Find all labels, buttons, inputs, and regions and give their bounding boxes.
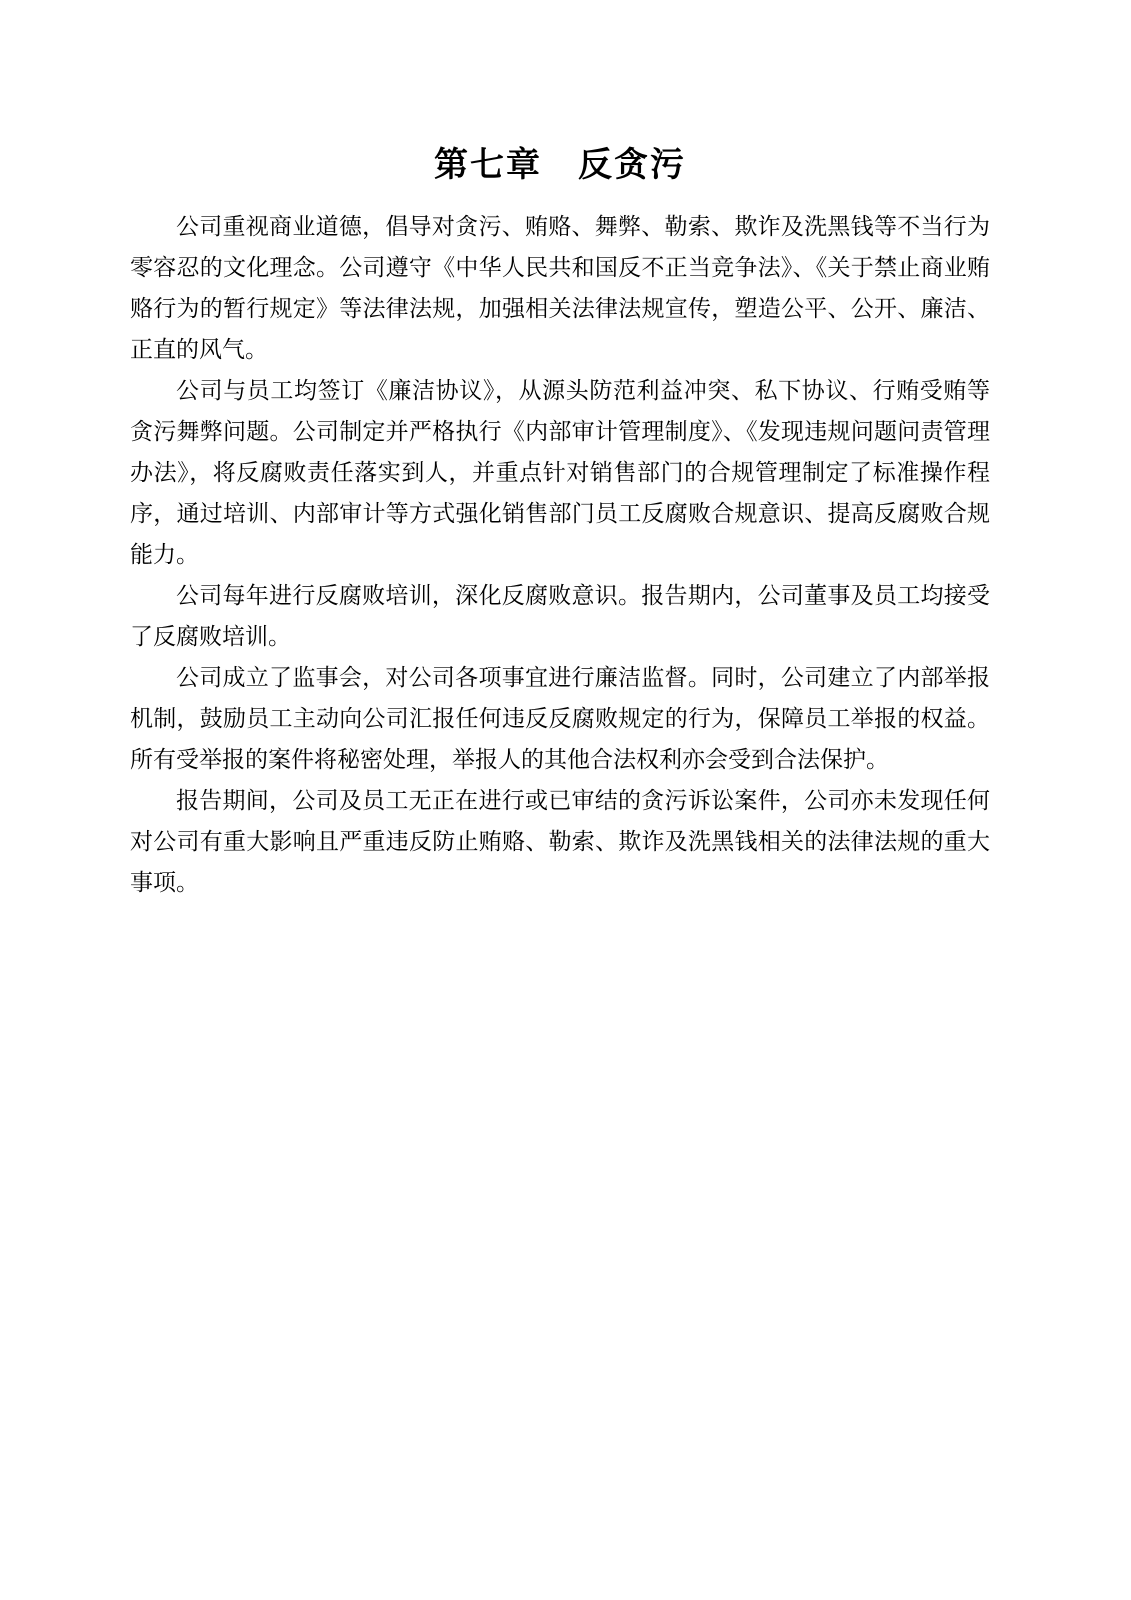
paragraph: 公司每年进行反腐败培训，深化反腐败意识。报告期内，公司董事及员工均接受了反腐败培… [130, 575, 990, 657]
paragraph: 公司与员工均签订《廉洁协议》，从源头防范利益冲突、私下协议、行贿受贿等贪污舞弊问… [130, 370, 990, 575]
paragraph: 公司重视商业道德，倡导对贪污、贿赂、舞弊、勒索、欺诈及洗黑钱等不当行为零容忍的文… [130, 206, 990, 370]
document-page: 第七章 反贪污 公司重视商业道德，倡导对贪污、贿赂、舞弊、勒索、欺诈及洗黑钱等不… [0, 0, 1131, 1600]
paragraph: 报告期间，公司及员工无正在进行或已审结的贪污诉讼案件，公司亦未发现任何对公司有重… [130, 780, 990, 903]
paragraph: 公司成立了监事会，对公司各项事宜进行廉洁监督。同时，公司建立了内部举报机制，鼓励… [130, 657, 990, 780]
chapter-title: 第七章 反贪污 [130, 143, 990, 187]
document-body: 公司重视商业道德，倡导对贪污、贿赂、舞弊、勒索、欺诈及洗黑钱等不当行为零容忍的文… [130, 206, 990, 903]
